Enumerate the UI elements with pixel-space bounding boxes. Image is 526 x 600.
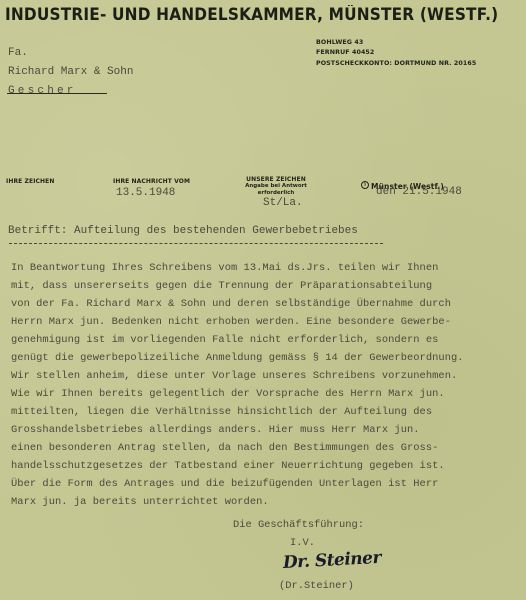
- closing-iv: I.V.: [290, 537, 315, 549]
- body-line: Wie wir Ihnen bereits gelegentlich der V…: [11, 385, 464, 403]
- body-line: Wir stellen anheim, diese unter Vorlage …: [11, 367, 464, 385]
- body-line: Über die Form des Antrages und die beizu…: [11, 475, 464, 493]
- body-line: genehmigung ist im vorliegenden Falle ni…: [11, 331, 464, 349]
- ihre-nachricht-value: 13.5.1948: [116, 187, 175, 199]
- body-line: In Beantwortung Ihres Schreibens vom 13.…: [11, 259, 464, 277]
- body-line: genügt die gewerbepolizeiliche Anmeldung…: [11, 349, 464, 367]
- body-line: mit, dass unsererseits gegen die Trennun…: [11, 277, 464, 295]
- unsere-zeichen-value: St/La.: [263, 197, 303, 209]
- ihre-zeichen-label: IHRE ZEICHEN: [6, 178, 55, 185]
- letter-page: INDUSTRIE- UND HANDELSKAMMER, MÜNSTER (W…: [0, 0, 526, 600]
- body-line: mitteilten, liegen die Verhältnisse hins…: [11, 403, 464, 421]
- recipient-city: Gescher: [8, 82, 133, 101]
- printed-name: (Dr.Steiner): [279, 580, 354, 592]
- letter-date: den 21.5.1948: [376, 186, 462, 198]
- ihk-logo-icon: §: [361, 181, 369, 189]
- ihre-nachricht-label: IHRE NACHRICHT VOM: [113, 178, 190, 185]
- address-street: BOHLWEG 43: [316, 38, 476, 48]
- body-line: handelsschutzgesetzes der Tatbestand ein…: [11, 457, 464, 475]
- address-postal-account: POSTSCHECKKONTO: DORTMUND NR. 20165: [316, 59, 476, 69]
- unsere-zeichen-label: UNSERE ZEICHEN: [241, 176, 311, 183]
- unsere-zeichen-note-2: erforderlich: [241, 190, 311, 197]
- body-line: einen besonderen Antrag stellen, da nach…: [11, 439, 464, 457]
- recipient-name: Richard Marx & Sohn: [8, 63, 133, 82]
- letter-body: In Beantwortung Ihres Schreibens vom 13.…: [11, 259, 464, 511]
- body-line: Marx jun. ja bereits unterrichtet worden…: [11, 493, 464, 511]
- city-underline: [7, 93, 107, 94]
- body-line: Herrn Marx jun. Bedenken nicht erhoben w…: [11, 313, 464, 331]
- recipient-prefix: Fa.: [8, 44, 133, 63]
- unsere-zeichen-note: Angabe bei Antwort: [241, 183, 311, 190]
- letterhead-address: BOHLWEG 43 FERNRUF 40452 POSTSCHECKKONTO…: [316, 38, 476, 69]
- subject-rule: [9, 243, 383, 244]
- letterhead-title: INDUSTRIE- UND HANDELSKAMMER, MÜNSTER (W…: [5, 5, 498, 24]
- unsere-zeichen-block: UNSERE ZEICHEN Angabe bei Antwort erford…: [241, 176, 311, 196]
- subject-line: Betrifft: Aufteilung des bestehenden Gew…: [8, 225, 358, 237]
- handwritten-signature: Dr. Steiner: [282, 548, 381, 573]
- body-line: Grosshandelsbetriebes allerdings anders.…: [11, 421, 464, 439]
- address-phone: FERNRUF 40452: [316, 48, 476, 58]
- body-line: von der Fa. Richard Marx & Sohn und dere…: [11, 295, 464, 313]
- closing-department: Die Geschäftsführung:: [233, 519, 364, 531]
